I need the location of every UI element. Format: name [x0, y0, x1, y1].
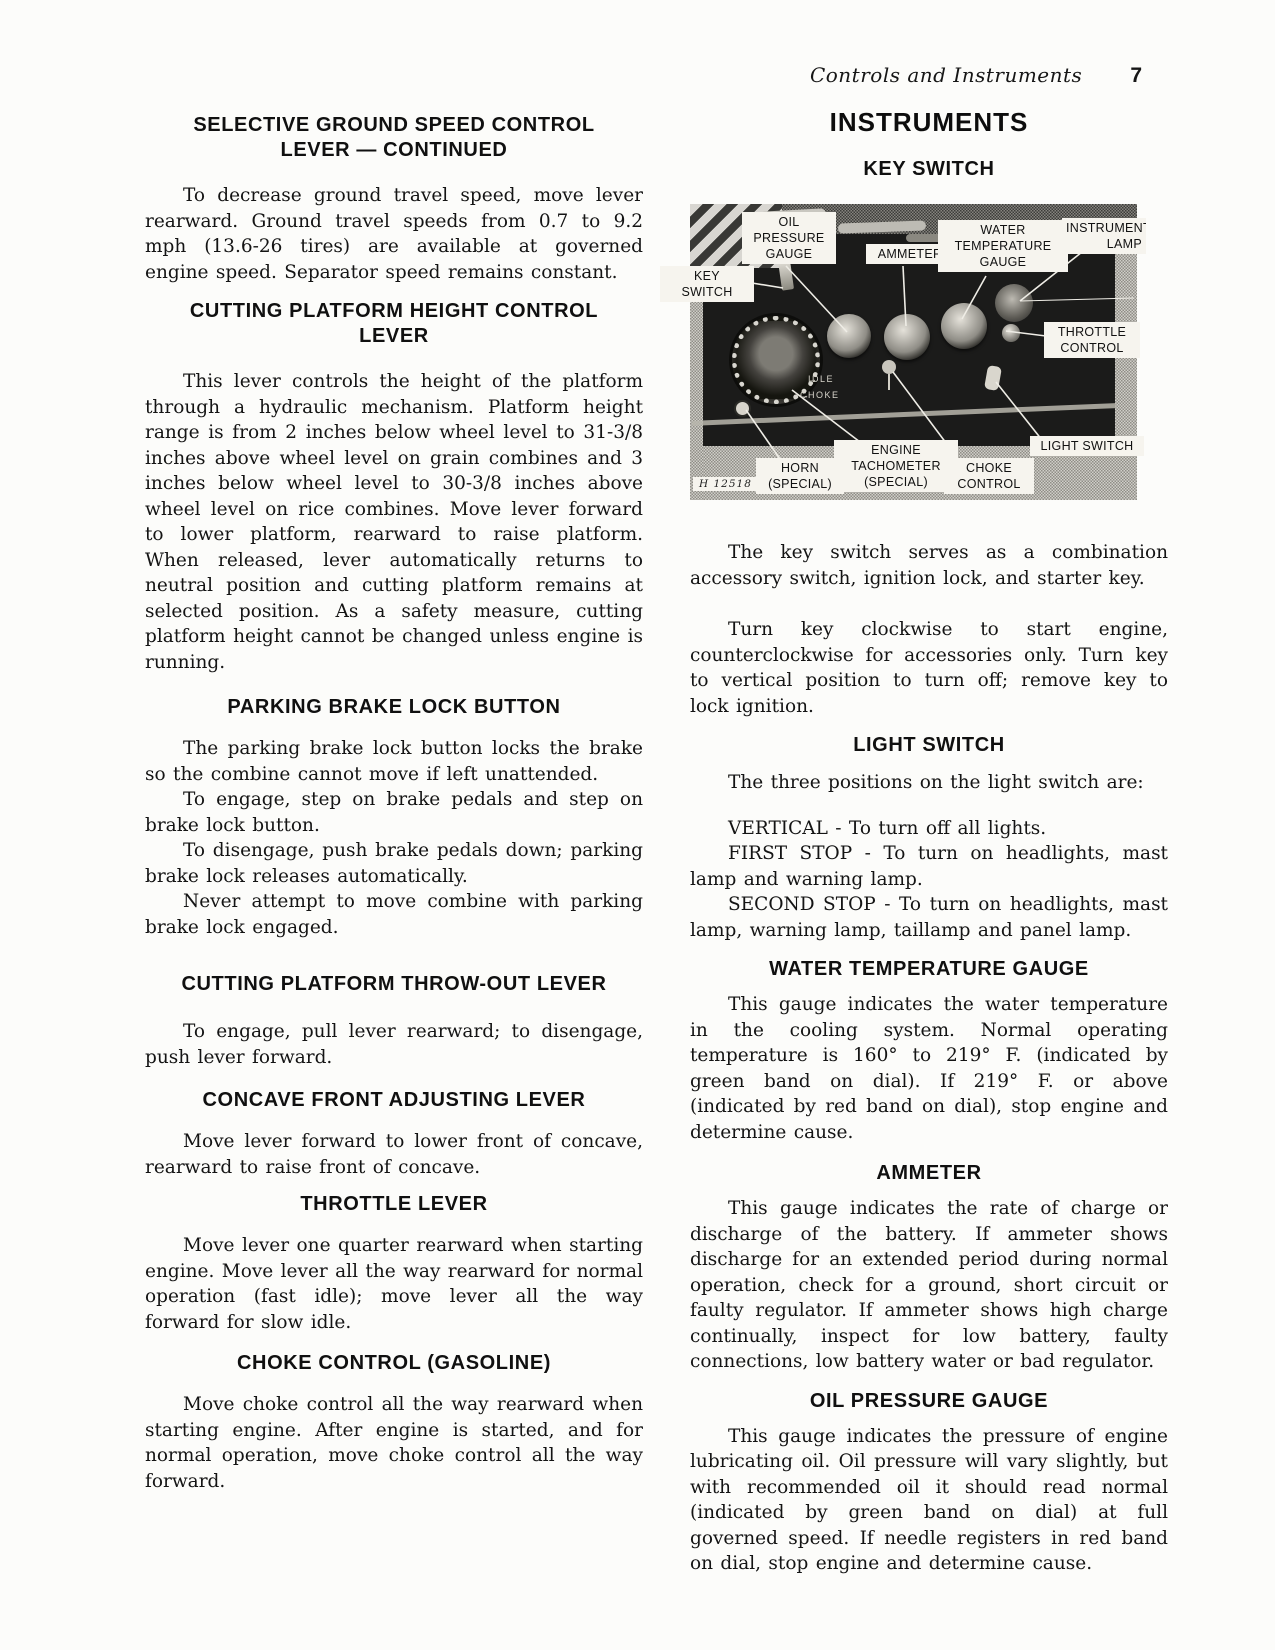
body-paragraph: This lever controls the height of the pl… — [145, 369, 643, 675]
section-heading-throw-out-lever: CUTTING PLATFORM THROW-OUT LEVER — [145, 972, 643, 997]
section-heading-selective-ground-speed: SELECTIVE GROUND SPEED CONTROL LEVER — C… — [145, 113, 643, 163]
body-paragraph: This gauge indicates the pressure of eng… — [690, 1424, 1168, 1577]
body-paragraph: To engage, pull lever rearward; to disen… — [145, 1019, 643, 1070]
callout-label-instrument-lamp: INSTRUMENT LAMP — [1062, 218, 1146, 254]
page-number: 7 — [1130, 63, 1142, 89]
section-heading-light-switch: LIGHT SWITCH — [690, 733, 1168, 758]
body-paragraph: Never attempt to move combine with parki… — [145, 889, 643, 940]
body-paragraph: Move lever one quarter rearward when sta… — [145, 1233, 643, 1335]
body-paragraph: The key switch serves as a combination a… — [690, 540, 1168, 591]
page-title-instruments: INSTRUMENTS — [690, 107, 1168, 137]
body-paragraph: This gauge indicates the water temperatu… — [690, 992, 1168, 1145]
section-heading-parking-brake: PARKING BRAKE LOCK BUTTON — [145, 695, 643, 720]
callout-label-engine-tachometer: ENGINE TACHOMETER (SPECIAL) — [834, 440, 958, 492]
body-paragraph: Move choke control all the way rearward … — [145, 1392, 643, 1494]
running-header-title: Controls and Instruments — [810, 62, 1082, 88]
body-paragraph: This gauge indicates the rate of charge … — [690, 1196, 1168, 1375]
photo-id-label: H 12518 — [693, 477, 758, 491]
running-header: Controls and Instruments 7 — [690, 62, 1168, 89]
callout-label-throttle-control: THROTTLE CONTROL — [1044, 322, 1140, 358]
body-paragraph: To engage, step on brake pedals and step… — [145, 787, 643, 838]
callout-label-choke-control: CHOKE CONTROL — [944, 458, 1034, 494]
body-paragraph: SECOND STOP - To turn on headlights, mas… — [690, 892, 1168, 943]
section-heading-oil-pressure: OIL PRESSURE GAUGE — [690, 1389, 1168, 1414]
callout-label-key-switch: KEY SWITCH — [660, 266, 754, 302]
callout-label-light-switch: LIGHT SWITCH — [1030, 436, 1144, 456]
right-column: Controls and Instruments 7 INSTRUMENTS K… — [690, 62, 1168, 1577]
section-heading-concave-front: CONCAVE FRONT ADJUSTING LEVER — [145, 1088, 643, 1113]
body-paragraph: Turn key clockwise to start engine, coun… — [690, 617, 1168, 719]
callout-label-water-temperature: WATER TEMPERATURE GAUGE — [938, 220, 1068, 272]
callout-label-oil-pressure-gauge: OIL PRESSURE GAUGE — [742, 212, 836, 264]
instrument-panel-photo: OIL PRESSURE GAUGE KEY SWITCH AMMETER WA… — [690, 204, 1137, 500]
callout-label-horn: HORN (SPECIAL) — [756, 458, 844, 494]
section-heading-water-temperature: WATER TEMPERATURE GAUGE — [690, 957, 1168, 982]
section-heading-throttle-lever: THROTTLE LEVER — [145, 1192, 643, 1217]
body-paragraph: FIRST STOP - To turn on headlights, mast… — [690, 841, 1168, 892]
section-heading-ammeter: AMMETER — [690, 1161, 1168, 1186]
body-paragraph: Move lever forward to lower front of con… — [145, 1129, 643, 1180]
body-paragraph: The three positions on the light switch … — [690, 770, 1168, 796]
body-paragraph: VERTICAL - To turn off all lights. — [690, 816, 1168, 842]
section-heading-platform-height: CUTTING PLATFORM HEIGHT CONTROL LEVER — [145, 299, 643, 349]
left-column: SELECTIVE GROUND SPEED CONTROL LEVER — C… — [145, 113, 643, 1494]
manual-page: SELECTIVE GROUND SPEED CONTROL LEVER — C… — [0, 0, 1275, 1650]
body-paragraph: To disengage, push brake pedals down; pa… — [145, 838, 643, 889]
body-paragraph: The parking brake lock button locks the … — [145, 736, 643, 787]
section-heading-key-switch: KEY SWITCH — [690, 157, 1168, 182]
section-heading-choke-control: CHOKE CONTROL (GASOLINE) — [145, 1351, 643, 1376]
body-paragraph: To decrease ground travel speed, move le… — [145, 183, 643, 285]
